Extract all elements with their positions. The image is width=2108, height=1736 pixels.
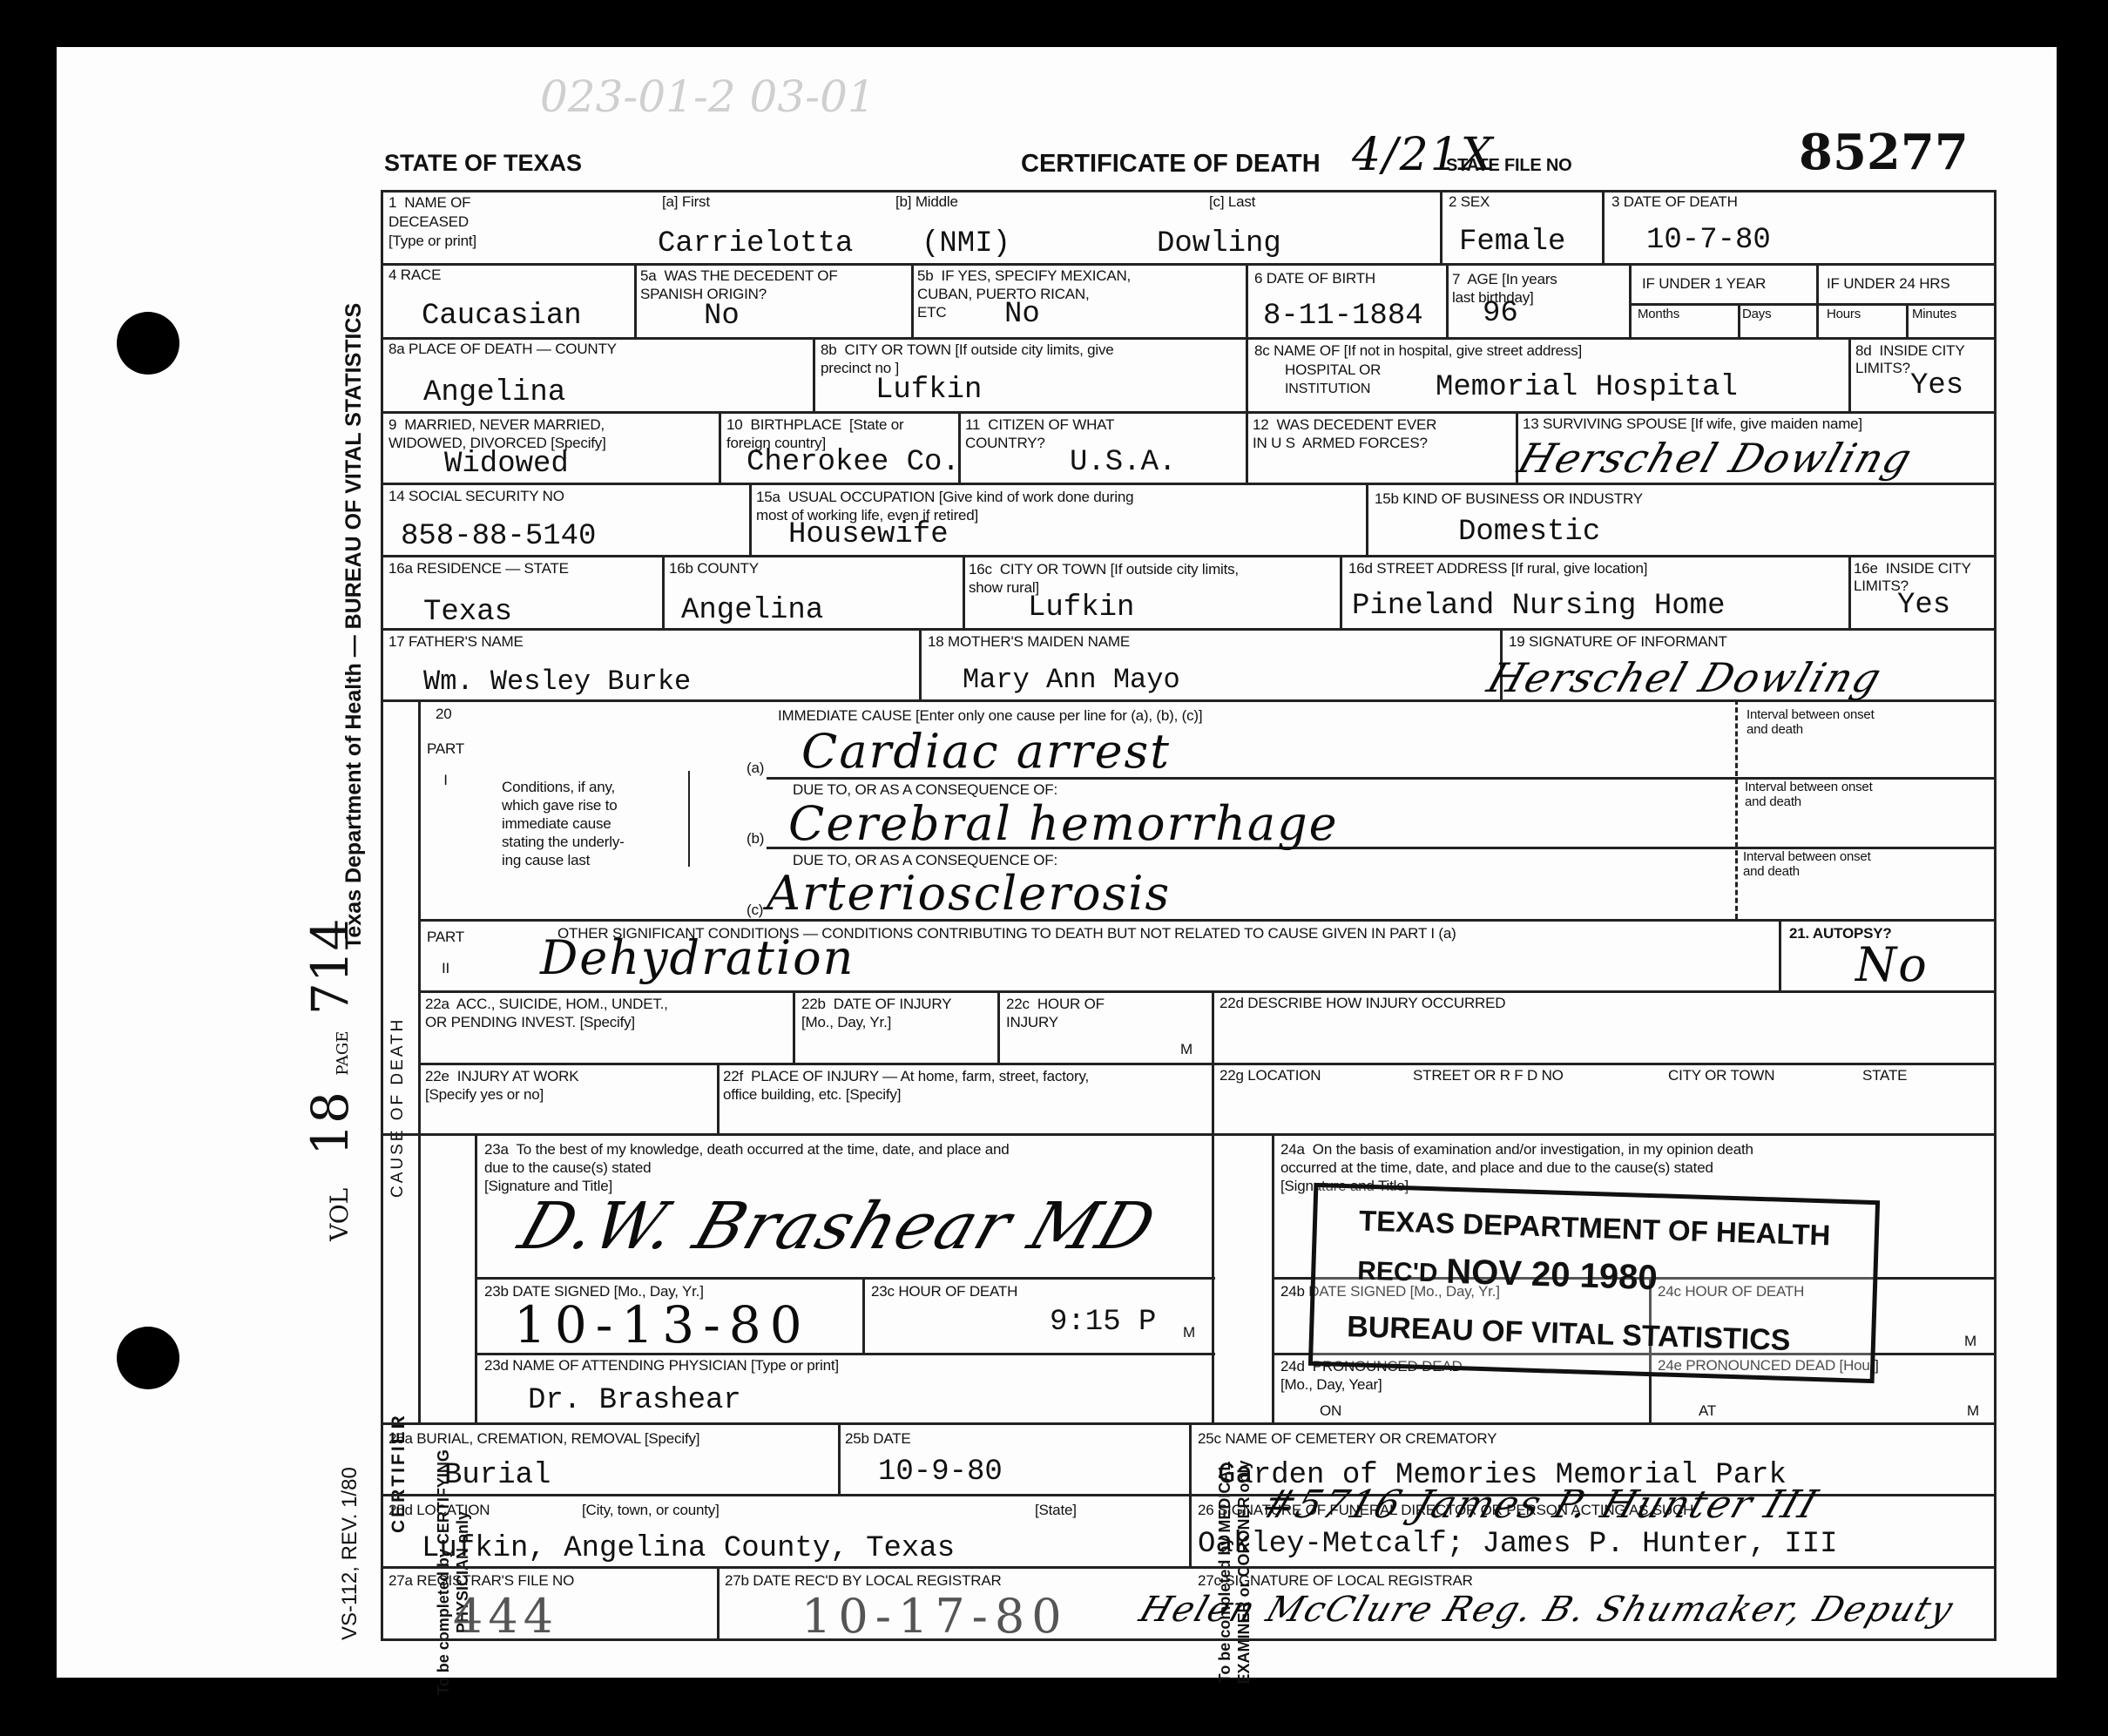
spouse-signature: Herschel Dowling	[1512, 434, 1920, 483]
cause-of-death-side-label: CAUSE OF DEATH	[388, 1017, 408, 1198]
state-file-label: STATE FILE NO	[1446, 158, 1571, 174]
physician-signature: D.W. Brashear MD	[515, 1202, 1161, 1251]
state-title: STATE OF TEXAS	[384, 150, 582, 177]
other-conditions-value: Dehydration	[540, 934, 855, 983]
form-number: VS-112, REV. 1/80	[338, 1467, 362, 1640]
cause-b-value: Cerebral hemorrhage	[788, 800, 1339, 848]
first-name-value: Carrielotta	[658, 228, 853, 260]
certificate-title: CERTIFICATE OF DEATH	[1021, 150, 1321, 179]
last-name-value: Dowling	[1157, 228, 1281, 260]
cause-a-value: Cardiac arrest	[801, 727, 1171, 776]
bureau-side-title: Texas Department of Health — BUREAU OF V…	[341, 303, 367, 949]
punch-hole	[117, 1327, 179, 1389]
informant-signature: Herschel Dowling	[1482, 653, 1889, 702]
state-file-number: 85277	[1799, 124, 1969, 181]
funeral-director-signature: #5716 James P. Hunter III	[1255, 1481, 1825, 1530]
volume-page-stamp: VOL 18 PAGE 714	[301, 918, 360, 1241]
punch-hole	[117, 312, 179, 375]
faint-note: 023-01-2 03-01	[540, 71, 875, 122]
received-stamp: TEXAS DEPARTMENT OF HEALTH REC'D NOV 20 …	[1308, 1183, 1880, 1383]
cause-c-value: Arteriosclerosis	[767, 869, 1171, 918]
registrar-signature: Helen McClure Reg. B. Shumaker, Deputy	[1133, 1585, 1961, 1634]
middle-name-value: (NMI)	[922, 228, 1010, 260]
